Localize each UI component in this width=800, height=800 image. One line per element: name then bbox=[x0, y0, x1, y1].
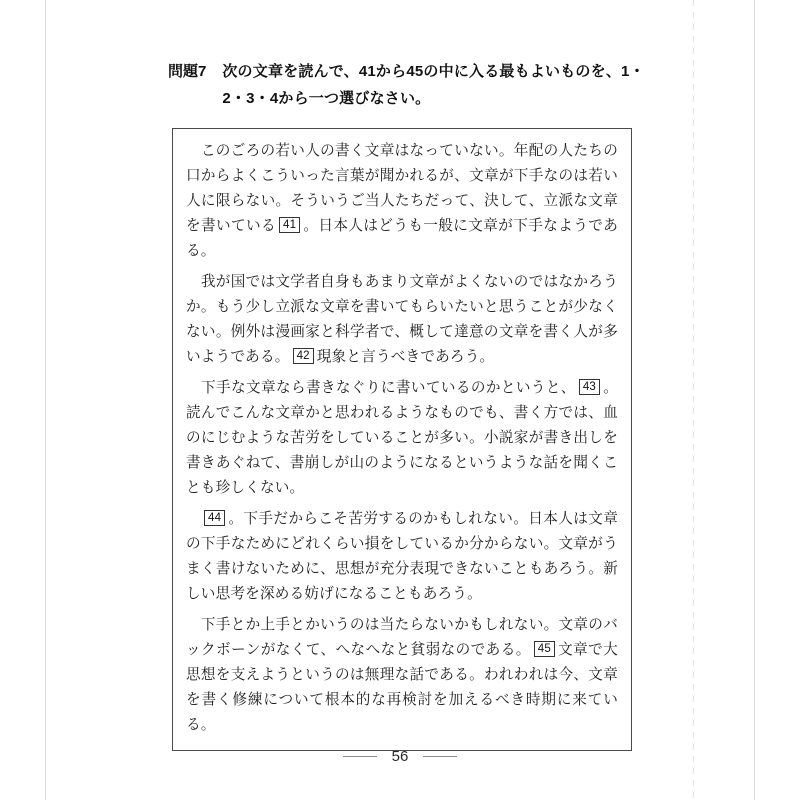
blank-42-box: 42 bbox=[293, 348, 314, 364]
blank-45-box: 45 bbox=[534, 641, 555, 657]
passage-text: 。下手だからこそ苦労するのかもしれない。日本人は文章の下手なためにどれくらい損を… bbox=[186, 511, 618, 602]
question-header: 問題7 次の文章を読んで、41から45の中に入る最もよいものを、1・2・3・4か… bbox=[168, 58, 665, 112]
page-edge-line-left bbox=[45, 0, 46, 800]
page-number: 56 bbox=[392, 748, 409, 765]
footer-dash-right bbox=[423, 756, 457, 757]
blank-41-box: 41 bbox=[279, 217, 300, 233]
passage-paragraph: 下手な文章なら書きなぐりに書いているのかというと、43。読んでこんな文章かと思わ… bbox=[186, 376, 618, 501]
problem-number-label: 問題7 bbox=[168, 58, 206, 85]
blank-44-box: 44 bbox=[204, 510, 225, 526]
page-footer: 56 bbox=[0, 748, 800, 765]
page-fold-line bbox=[693, 0, 694, 800]
page-edge-line-right bbox=[754, 0, 755, 800]
blank-43-box: 43 bbox=[579, 379, 600, 395]
footer-dash-left bbox=[343, 756, 377, 757]
passage-paragraph: 下手とか上手とかいうのは当たらないかもしれない。文章のバックボーンがなくて、へな… bbox=[186, 613, 618, 738]
passage-text: 下手な文章なら書きなぐりに書いているのかというと、 bbox=[186, 380, 576, 396]
passage-paragraph: このごろの若い人の書く文章はなっていない。年配の人たちの口からよくこういった言葉… bbox=[186, 139, 618, 264]
passage-text: 現象と言うべきであろう。 bbox=[317, 349, 495, 365]
passage-box: このごろの若い人の書く文章はなっていない。年配の人たちの口からよくこういった言葉… bbox=[172, 128, 632, 751]
passage-text: 。読んでこんな文章かと思われるようなものでも、書く方では、血のにじむような苦労を… bbox=[186, 380, 618, 496]
passage-text bbox=[186, 511, 201, 527]
passage-paragraph: 44。下手だからこそ苦労するのかもしれない。日本人は文章の下手なためにどれくらい… bbox=[186, 507, 618, 607]
passage-paragraph: 我が国では文学者自身もあまり文章がよくないのではなかろうか。もう少し立派な文章を… bbox=[186, 270, 618, 370]
scanned-test-page: 問題7 次の文章を読んで、41から45の中に入る最もよいものを、1・2・3・4か… bbox=[0, 0, 800, 800]
instruction-text: 次の文章を読んで、41から45の中に入る最もよいものを、1・2・3・4から一つ選… bbox=[222, 58, 665, 112]
